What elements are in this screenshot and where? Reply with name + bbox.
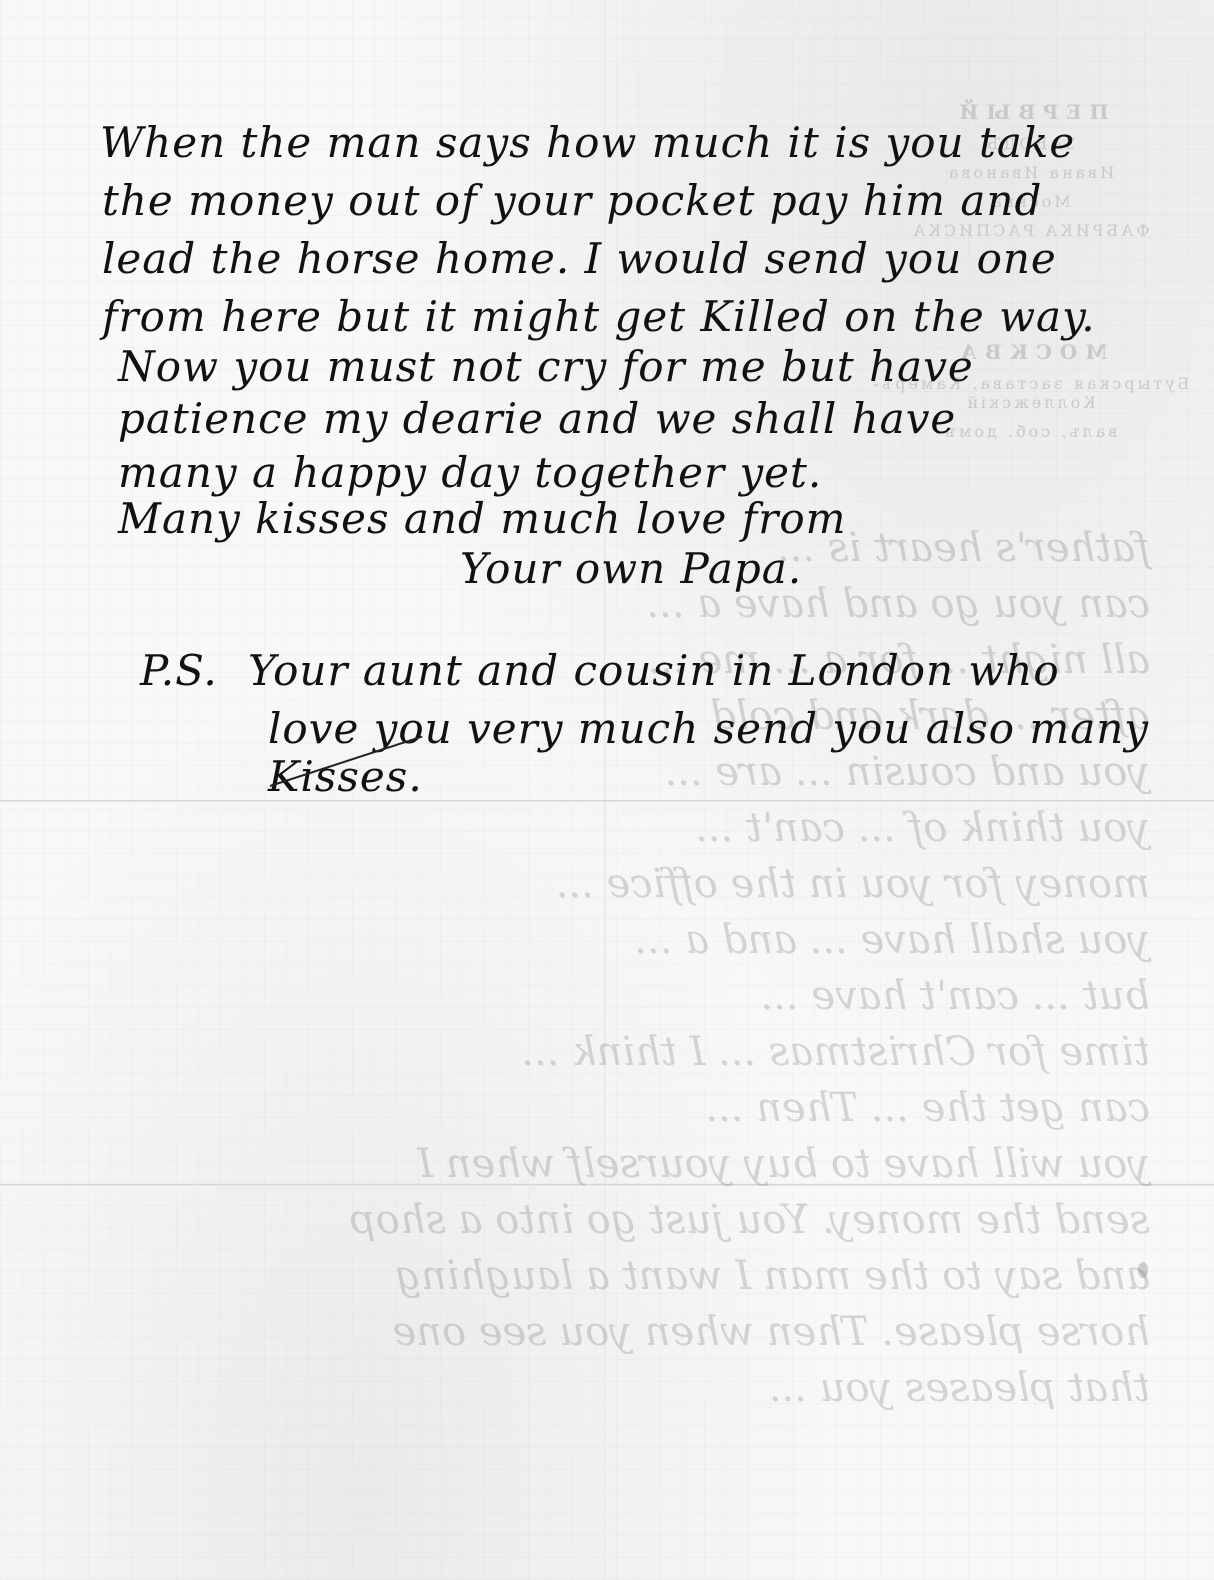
bleed-line: time for Christmas ... I think ... [200, 1024, 1150, 1080]
postscript-line-2: love you very much send you also many [268, 704, 1149, 753]
bleed-line: can get the ... Then ... [200, 1080, 1150, 1136]
letter-line-7: many a happy day together yet. [118, 448, 822, 497]
bleed-line: but ... can't have ... [200, 968, 1150, 1024]
letter-line-4: from here but it might get Killed on the… [102, 292, 1096, 341]
bleed-line: that pleases you ... [200, 1360, 1150, 1416]
bleed-line: you think of ... can't ... [200, 800, 1150, 856]
postscript-label: P.S. [140, 646, 218, 695]
letter-line-8: Many kisses and much love from [118, 494, 846, 543]
letter-line-3: lead the horse home. I would send you on… [102, 234, 1057, 283]
letter-line-5: Now you must not cry for me but have [118, 342, 974, 391]
bleed-line: horse please. Then when you see one [200, 1304, 1150, 1360]
letter-line-6: patience my dearie and we shall have [118, 394, 956, 443]
bleed-line: you shall have ... and a ... [200, 912, 1150, 968]
bleed-line: and say to the man I want a laughing [200, 1248, 1150, 1304]
bleed-line: money for you in the office ... [200, 856, 1150, 912]
letter-line-2: the money out of your pocket pay him and [102, 176, 1042, 225]
bleed-line: send the money. You just go into a shop [200, 1192, 1150, 1248]
signature: Your own Papa. [460, 544, 802, 593]
letter-line-1: When the man says how much it is you tak… [100, 118, 1075, 167]
bleed-line: you will have to buy yourself when I [200, 1136, 1150, 1192]
postscript-line-1: Your aunt and cousin in London who [248, 646, 1060, 695]
